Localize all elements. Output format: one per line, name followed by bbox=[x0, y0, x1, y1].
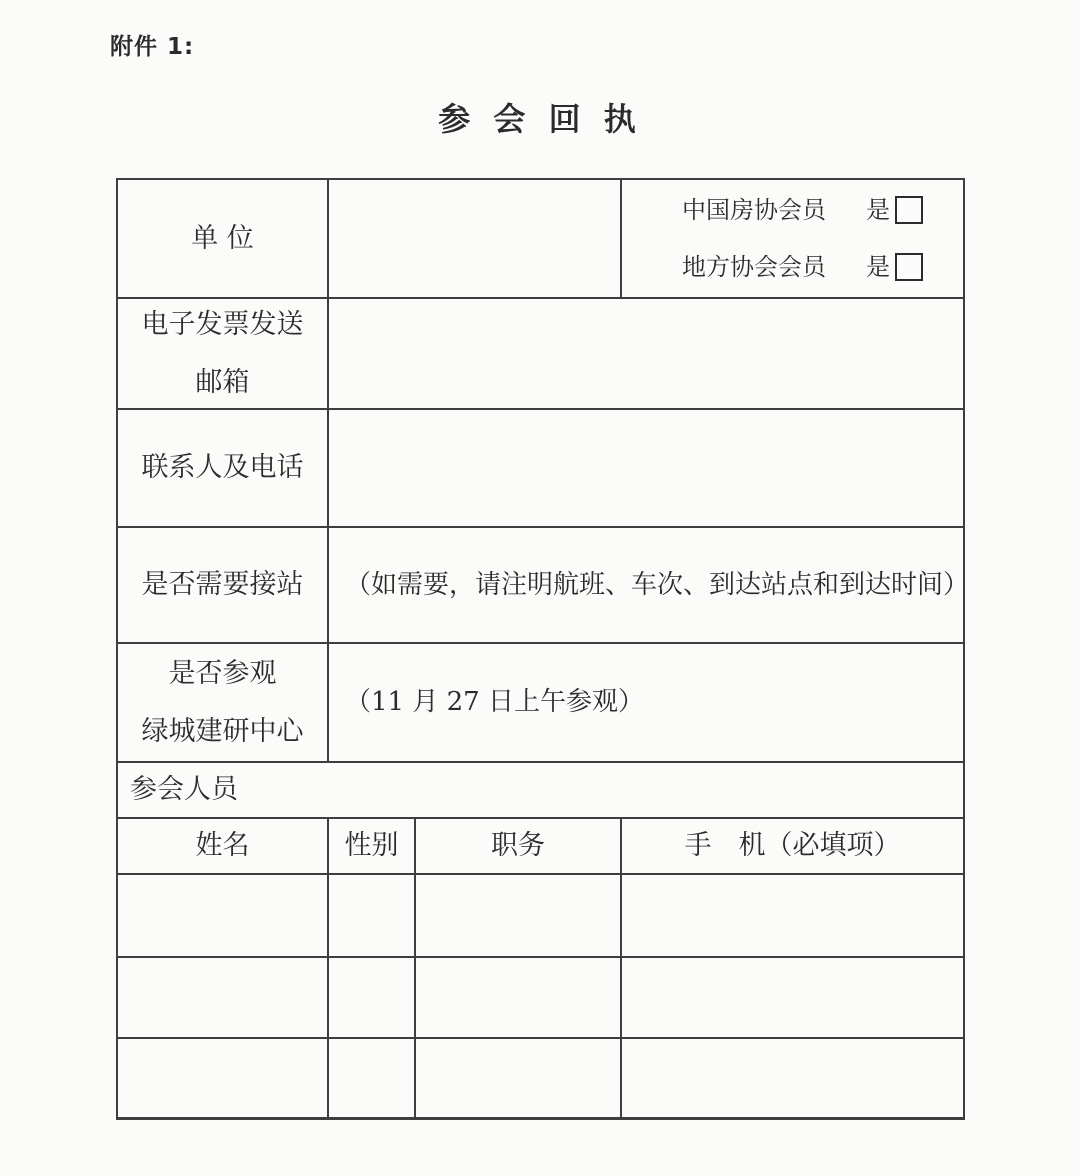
station-pickup-hint: （如需要，请注明航班、车次、到达站点和到达时间） bbox=[345, 570, 969, 600]
attendee-1-mobile-cell[interactable] bbox=[621, 874, 964, 957]
page-title: 参 会 回 执 bbox=[0, 94, 1080, 140]
attendee-row-1 bbox=[117, 874, 964, 957]
station-pickup-label: 是否需要接站 bbox=[142, 569, 304, 600]
attendees-section-row: 参会人员 bbox=[117, 762, 964, 818]
local-yes-checkbox[interactable] bbox=[895, 253, 923, 281]
contact-label: 联系人及电话 bbox=[142, 452, 304, 483]
local-yes-label: 是 bbox=[866, 252, 890, 282]
attendee-2-gender-cell[interactable] bbox=[328, 957, 415, 1038]
attendee-header-position-label: 职务 bbox=[491, 830, 545, 861]
attendee-row-2 bbox=[117, 957, 964, 1038]
station-pickup-row: 是否需要接站 （如需要，请注明航班、车次、到达站点和到达时间） bbox=[117, 527, 964, 643]
attendee-1-position-cell[interactable] bbox=[415, 874, 621, 957]
attendee-header-name: 姓名 bbox=[117, 818, 328, 874]
attendee-header-name-label: 姓名 bbox=[196, 830, 250, 861]
membership-line-local: 地方协会会员 是 bbox=[622, 252, 963, 282]
center-visit-label-line2: 绿城建研中心 bbox=[118, 715, 327, 749]
china-association-member-label: 中国房协会员 bbox=[682, 195, 826, 225]
contact-value-cell[interactable] bbox=[328, 409, 964, 527]
attendee-3-name-cell[interactable] bbox=[117, 1038, 328, 1118]
attendee-header-gender: 性别 bbox=[328, 818, 415, 874]
membership-cell: 中国房协会员 是 地方协会会员 是 bbox=[621, 179, 964, 298]
china-yes-label: 是 bbox=[866, 195, 890, 225]
local-association-member-label: 地方协会会员 bbox=[682, 252, 826, 282]
center-visit-label-line1: 是否参观 bbox=[118, 657, 327, 691]
invoice-email-label-line2: 邮箱 bbox=[118, 366, 327, 400]
attachment-label: 附件 1: bbox=[110, 28, 194, 61]
unit-label: 单 位 bbox=[191, 223, 254, 254]
station-pickup-label-cell: 是否需要接站 bbox=[117, 527, 328, 643]
attendee-header-gender-label: 性别 bbox=[345, 830, 399, 861]
reply-form-table: 单 位 中国房协会员 是 地方协会会员 是 电子发票发 bbox=[116, 178, 965, 1120]
attendees-section-cell: 参会人员 bbox=[117, 762, 964, 818]
attendee-row-3 bbox=[117, 1038, 964, 1118]
invoice-email-label-cell: 电子发票发送 邮箱 bbox=[117, 298, 328, 409]
center-visit-value-cell[interactable]: （11 月 27 日上午参观） bbox=[328, 643, 964, 762]
center-visit-hint: （11 月 27 日上午参观） bbox=[345, 687, 644, 717]
center-visit-row: 是否参观 绿城建研中心 （11 月 27 日上午参观） bbox=[117, 643, 964, 762]
document-page: 附件 1: 参 会 回 执 单 位 中国房协会员 是 地方协会会员 是 bbox=[0, 0, 1080, 1176]
unit-row: 单 位 中国房协会员 是 地方协会会员 是 bbox=[117, 179, 964, 298]
attendee-1-name-cell[interactable] bbox=[117, 874, 328, 957]
attendee-3-mobile-cell[interactable] bbox=[621, 1038, 964, 1118]
attendee-header-mobile: 手 机（必填项） bbox=[621, 818, 964, 874]
attendee-3-position-cell[interactable] bbox=[415, 1038, 621, 1118]
contact-label-cell: 联系人及电话 bbox=[117, 409, 328, 527]
attendee-2-mobile-cell[interactable] bbox=[621, 957, 964, 1038]
center-visit-label-cell: 是否参观 绿城建研中心 bbox=[117, 643, 328, 762]
invoice-email-label-line1: 电子发票发送 bbox=[118, 308, 327, 342]
attendees-section-label: 参会人员 bbox=[130, 774, 238, 805]
attendee-1-gender-cell[interactable] bbox=[328, 874, 415, 957]
china-yes-checkbox[interactable] bbox=[895, 196, 923, 224]
unit-label-cell: 单 位 bbox=[117, 179, 328, 298]
contact-row: 联系人及电话 bbox=[117, 409, 964, 527]
attendee-header-mobile-label: 手 机（必填项） bbox=[685, 830, 901, 861]
unit-value-cell[interactable] bbox=[328, 179, 621, 298]
membership-line-china: 中国房协会员 是 bbox=[622, 195, 963, 225]
attendee-2-name-cell[interactable] bbox=[117, 957, 328, 1038]
attendee-2-position-cell[interactable] bbox=[415, 957, 621, 1038]
attendee-3-gender-cell[interactable] bbox=[328, 1038, 415, 1118]
attendee-header-position: 职务 bbox=[415, 818, 621, 874]
attendee-header-row: 姓名 性别 职务 手 机（必填项） bbox=[117, 818, 964, 874]
station-pickup-value-cell[interactable]: （如需要，请注明航班、车次、到达站点和到达时间） bbox=[328, 527, 964, 643]
invoice-email-row: 电子发票发送 邮箱 bbox=[117, 298, 964, 409]
invoice-email-value-cell[interactable] bbox=[328, 298, 964, 409]
